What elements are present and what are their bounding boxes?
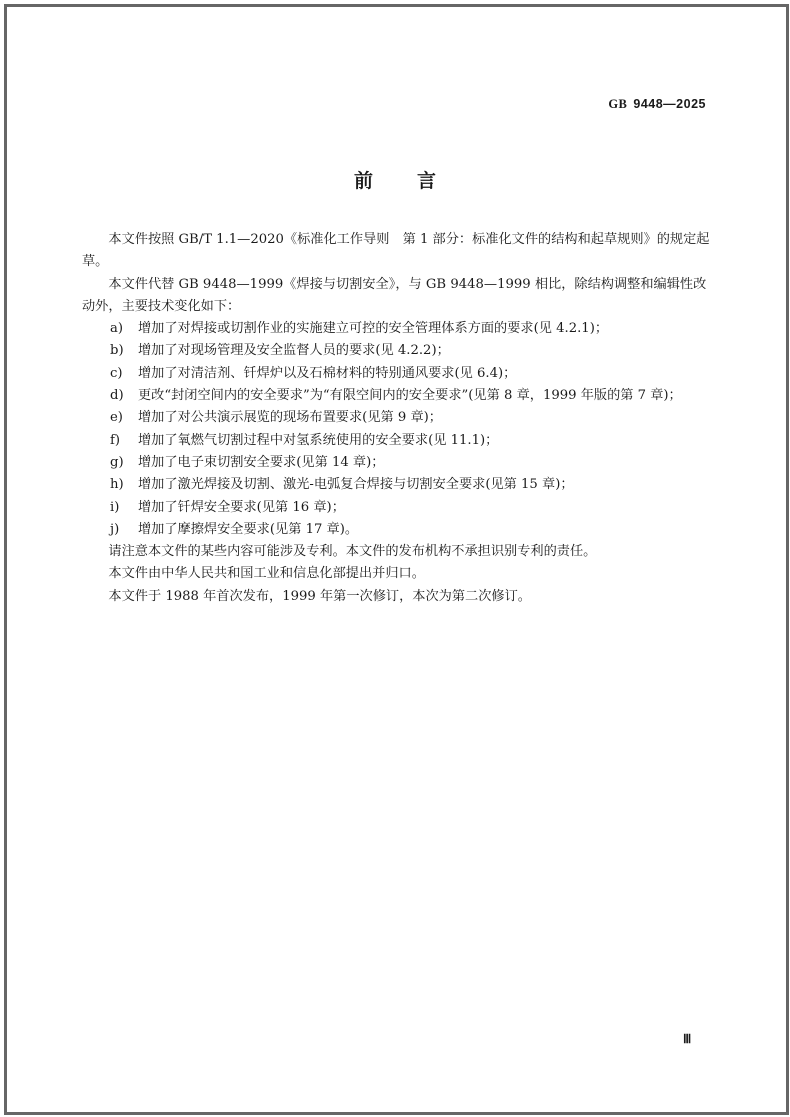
list-item: i)增加了钎焊安全要求(见第 16 章)； [82, 497, 710, 519]
title-char-1: 前 [354, 166, 373, 193]
paragraph-proposer: 本文件由中华人民共和国工业和信息化部提出并归口。 [82, 563, 710, 585]
list-item: c)增加了对清洁剂、钎焊炉以及石棉材料的特别通风要求(见 6.4)； [82, 363, 710, 385]
list-item: h)增加了激光焊接及切割、激光-电弧复合焊接与切割安全要求(见第 15 章)； [82, 474, 710, 496]
paragraph-patent-notice: 请注意本文件的某些内容可能涉及专利。本文件的发布机构不承担识别专利的责任。 [82, 541, 710, 563]
paragraph-history: 本文件于 1988 年首次发布，1999 年第一次修订，本次为第二次修订。 [82, 586, 710, 608]
list-item: b)增加了对现场管理及安全监督人员的要求(见 4.2.2)； [82, 340, 710, 362]
standard-number: 9448—2025 [633, 97, 706, 111]
standard-prefix: GB [608, 97, 627, 111]
foreword-body: 本文件按照 GB/T 1.1—2020《标准化工作导则 第 1 部分：标准化文件… [82, 229, 710, 608]
list-item: d)更改“封闭空间内的安全要求”为“有限空间内的安全要求”(见第 8 章，199… [82, 385, 710, 407]
list-item: f)增加了氧燃气切割过程中对氢系统使用的安全要求(见 11.1)； [82, 430, 710, 452]
list-item: e)增加了对公共演示展览的现场布置要求(见第 9 章)； [82, 407, 710, 429]
paragraph-drafting-rules: 本文件按照 GB/T 1.1—2020《标准化工作导则 第 1 部分：标准化文件… [82, 229, 710, 274]
standard-code: GB9448—2025 [608, 97, 706, 112]
paragraph-replaces: 本文件代替 GB 9448—1999《焊接与切割安全》，与 GB 9448—19… [82, 274, 710, 319]
page-number: Ⅲ [683, 1032, 690, 1047]
page-title: 前言 [0, 166, 790, 193]
list-item: a)增加了对焊接或切割作业的实施建立可控的安全管理体系方面的要求(见 4.2.1… [82, 318, 710, 340]
title-char-2: 言 [417, 166, 436, 193]
list-item: g)增加了电子束切割安全要求(见第 14 章)； [82, 452, 710, 474]
changes-list: a)增加了对焊接或切割作业的实施建立可控的安全管理体系方面的要求(见 4.2.1… [82, 318, 710, 541]
list-item: j)增加了摩擦焊安全要求(见第 17 章)。 [82, 519, 710, 541]
